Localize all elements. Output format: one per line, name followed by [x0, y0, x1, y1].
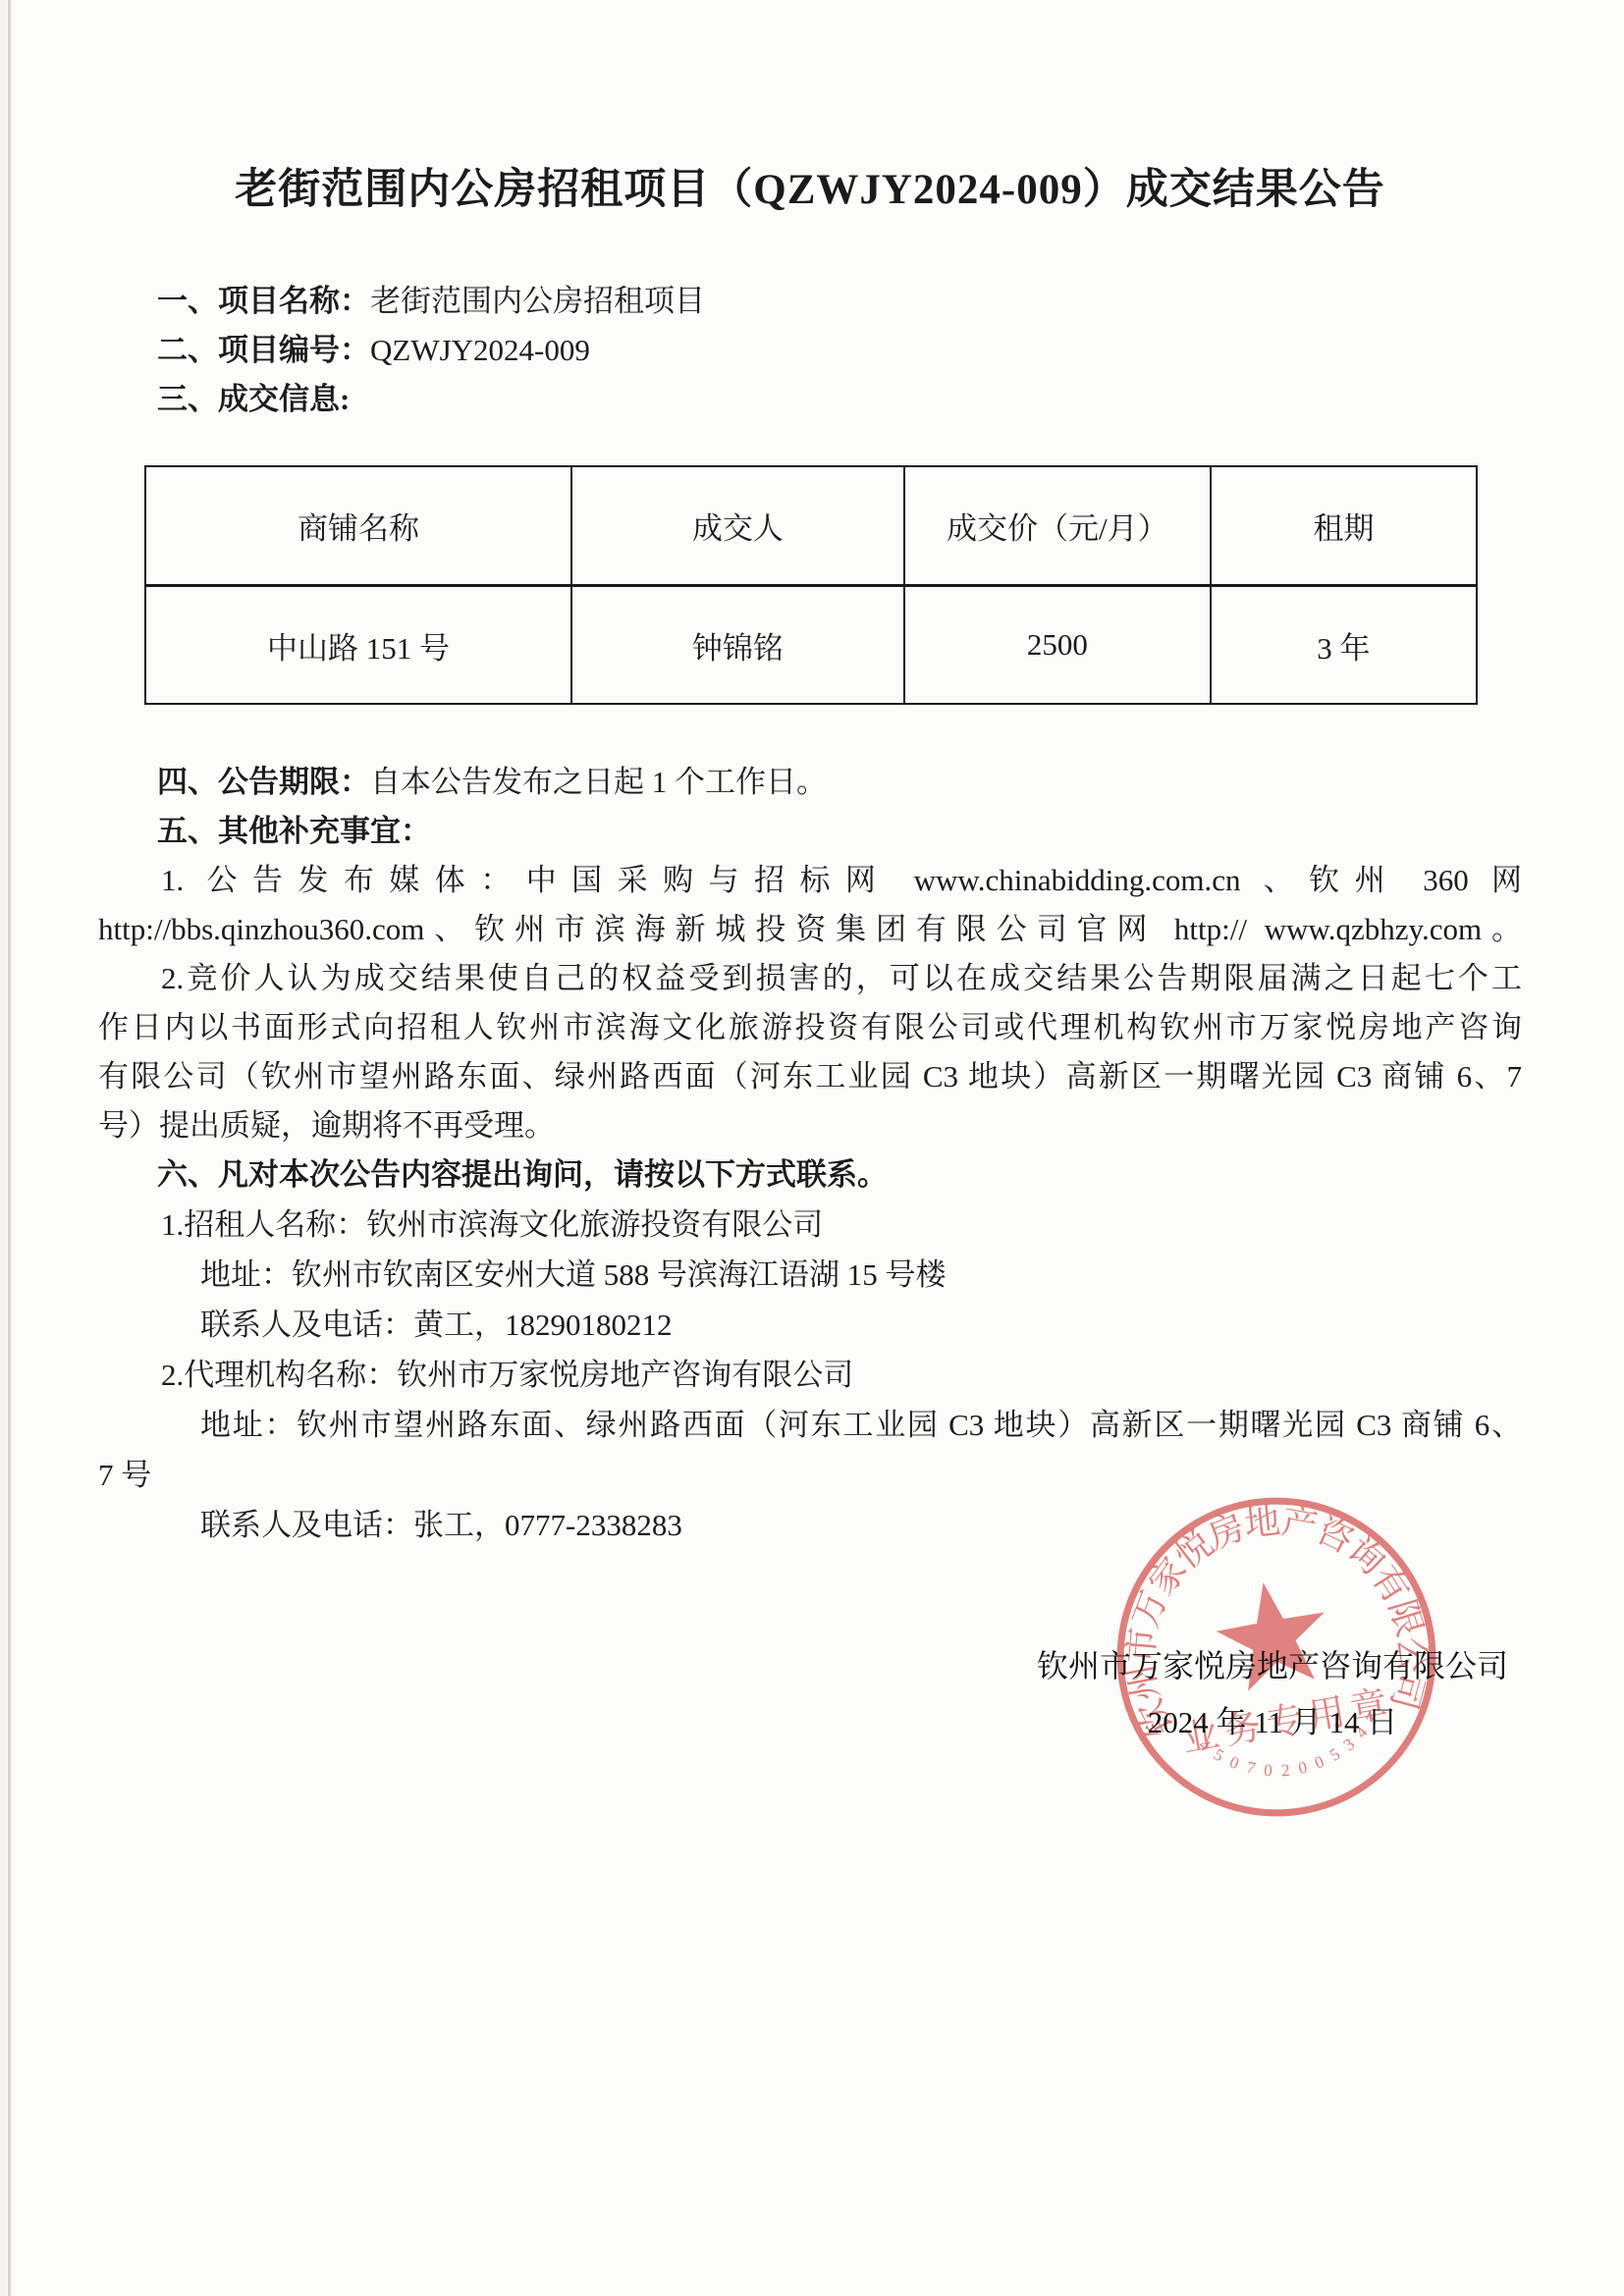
contact-heading: 六、凡对本次公告内容提出询问，请按以下方式联系。	[98, 1150, 1522, 1200]
lessor-phone-line: 联系人及电话：黄工，18290180212	[98, 1300, 1522, 1350]
objection-paragraph-line1: 2.竞价人认为成交结果使自己的权益受到损害的，可以在成交结果公告期限届满之日起七…	[98, 954, 1522, 1003]
numbered-items: 一、项目名称：老街范围内公房招租项目 二、项目编号：QZWJY2024-009 …	[98, 277, 1522, 424]
project-code-line: 二、项目编号：QZWJY2024-009	[98, 326, 1522, 375]
objection-paragraph-line4: 号）提出质疑，逾期将不再受理。	[98, 1101, 1522, 1150]
cell-winner: 钟锦铭	[571, 586, 904, 705]
project-code-value: QZWJY2024-009	[370, 333, 590, 367]
media-paragraph-line2: http://bbs.qinzhou360.com、钦州市滨海新城投资集团有限公…	[98, 905, 1522, 954]
deal-info-heading: 三、成交信息:	[98, 375, 1522, 424]
section-four-five: 四、公告期限：自本公告发布之日起 1 个工作日。 五、其他补充事宜： 1. 公告…	[98, 758, 1522, 1200]
project-name-line: 一、项目名称：老街范围内公房招租项目	[98, 277, 1522, 326]
col-header-price: 成交价（元/月）	[904, 466, 1211, 586]
signature-block: 钦州市万家悦房地产咨询有限公司 2024 年 11 月 14 日	[1037, 1641, 1508, 1747]
lessor-name-line: 1.招租人名称：钦州市滨海文化旅游投资有限公司	[98, 1200, 1522, 1250]
signature-company: 钦州市万家悦房地产咨询有限公司	[1037, 1641, 1508, 1690]
objection-paragraph-line3: 有限公司（钦州市望州路东面、绿州路西面（河东工业园 C3 地块）高新区一期曙光园…	[98, 1052, 1522, 1101]
project-code-label: 二、项目编号：	[157, 333, 370, 367]
scan-edge-artifact	[0, 0, 7, 2296]
scan-edge-line	[8, 0, 11, 2296]
agency-address-line1: 地址：钦州市望州路东面、绿州路西面（河东工业园 C3 地块）高新区一期曙光园 C…	[98, 1400, 1522, 1450]
col-header-shop-name: 商铺名称	[145, 466, 571, 586]
announcement-document: 老街范围内公房招租项目（QZWJY2024-009）成交结果公告 一、项目名称：…	[0, 0, 1624, 2296]
supplementary-heading: 五、其他补充事宜：	[98, 807, 1522, 856]
col-header-lease-term: 租期	[1211, 466, 1477, 586]
signature-date: 2024 年 11 月 14 日	[1037, 1698, 1508, 1747]
agency-name-line: 2.代理机构名称：钦州市万家悦房地产咨询有限公司	[98, 1350, 1522, 1400]
project-name-label: 一、项目名称：	[157, 284, 370, 318]
lessor-address-line: 地址：钦州市钦南区安州大道 588 号滨海江语湖 15 号楼	[98, 1250, 1522, 1300]
table-row: 中山路 151 号 钟锦铭 2500 3 年	[145, 586, 1477, 705]
col-header-winner: 成交人	[571, 466, 904, 586]
cell-shop-name: 中山路 151 号	[145, 586, 571, 705]
media-paragraph-line1: 1. 公告发布媒体：中国采购与招标网 www.chinabidding.com.…	[98, 856, 1522, 905]
objection-paragraph-line2: 作日内以书面形式向招租人钦州市滨海文化旅游投资有限公司或代理机构钦州市万家悦房地…	[98, 1003, 1522, 1052]
cell-lease-term: 3 年	[1211, 586, 1477, 705]
table-header-row: 商铺名称 成交人 成交价（元/月） 租期	[145, 466, 1477, 586]
notice-period-line: 四、公告期限：自本公告发布之日起 1 个工作日。	[98, 758, 1522, 807]
deal-result-table: 商铺名称 成交人 成交价（元/月） 租期 中山路 151 号 钟锦铭 2500 …	[144, 465, 1478, 705]
notice-period-value: 自本公告发布之日起 1 个工作日。	[370, 765, 827, 799]
notice-period-label: 四、公告期限：	[157, 765, 370, 799]
document-body: 老街范围内公房招租项目（QZWJY2024-009）成交结果公告 一、项目名称：…	[98, 0, 1522, 1550]
project-name-value: 老街范围内公房招租项目	[370, 284, 705, 318]
cell-price: 2500	[904, 586, 1211, 705]
document-title: 老街范围内公房招租项目（QZWJY2024-009）成交结果公告	[98, 165, 1522, 216]
